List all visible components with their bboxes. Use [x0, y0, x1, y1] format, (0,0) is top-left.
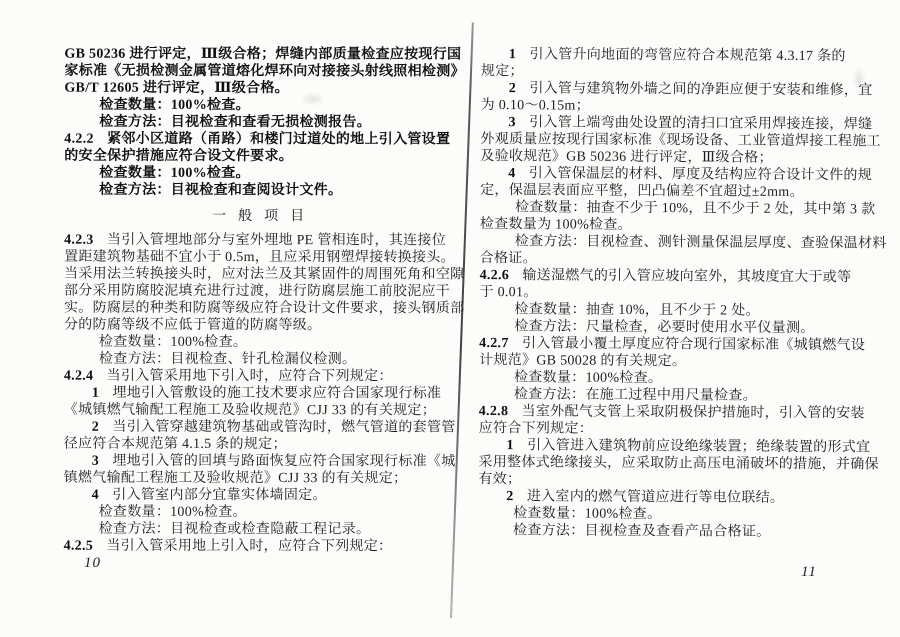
text-line: 的安全保护措施应符合设文件要求。 — [64, 148, 452, 166]
clause-number: 4.2.3 — [64, 233, 94, 248]
text-line: 检查方法：目视检查和查看无损检测报告。 — [64, 114, 452, 132]
text-line: 《城镇燃气输配工程施工及验收规范》CJJ 33 的有关规定； — [64, 402, 452, 420]
text-line: 部分采用防腐胶泥填充进行过渡，进行防腐层施工前胶泥应干 — [64, 283, 452, 301]
clause-number: 2 — [506, 489, 513, 504]
clause-number: 2 — [92, 420, 99, 435]
scan-smudge — [852, 66, 866, 92]
right-page: 1引入管升向地面的弯管应符合本规范第 4.3.17 条的规定；2引入管与建筑物外… — [478, 46, 867, 541]
text-line: 4.2.4当引入管采用地下引入时，应符合下列规定： — [64, 368, 452, 386]
text-line: 检查方法：目视检查、针孔检漏仪检测。 — [64, 351, 452, 369]
clause-number: 4 — [508, 166, 515, 181]
text-line: 检查数量：100%检查。 — [64, 334, 452, 352]
clause-number: 4 — [92, 488, 99, 503]
scan-smudge — [300, 92, 326, 106]
text-line: 检查数量：100%检查。 — [64, 504, 452, 522]
clause-number: 4.2.4 — [64, 369, 94, 384]
clause-number: 3 — [92, 454, 99, 469]
page-number-left: 10 — [84, 555, 101, 572]
text-line: 4.2.2紧邻小区道路（甬路）和楼门过道处的地上引入管设置 — [64, 131, 452, 149]
text-line: 家标准《无损检测金属管道熔化焊环向对接接头射线照相检测》 — [64, 63, 452, 81]
text-line: 镇燃气输配工程施工及验收规范》CJJ 33 的有关规定； — [64, 470, 452, 488]
page-gutter-divider-line — [450, 22, 473, 618]
text-line: 检查方法：目视检查或检查隐蔽工程记录。 — [64, 521, 452, 539]
text-line: 检查方法：目视检查及查看产品合格证。 — [478, 522, 864, 541]
clause-number: 4.2.2 — [64, 132, 94, 147]
text-line: 1埋地引入管敷设的施工技术要求应符合国家现行标准 — [64, 385, 452, 403]
clause-number: 4.2.6 — [480, 268, 510, 283]
text-line: 4.2.3当引入管埋地部分与室外埋地 PE 管相连时，其连接位 — [64, 232, 452, 250]
text-line: 采用整体式绝缘接头，应采取防止高压电涌破坏的措施，并确保 — [478, 454, 864, 473]
clause-number: 4.2.8 — [479, 404, 509, 419]
left-page-text-block: GB 50236 进行评定，Ⅲ级合格；焊缝内部质量检查应按现行国家标准《无损检测… — [64, 46, 453, 556]
right-page-text-block: 1引入管升向地面的弯管应符合本规范第 4.3.17 条的规定；2引入管与建筑物外… — [478, 46, 867, 541]
text-line: 实。防腐层的种类和防腐等级应符合设计文件要求，接头钢质部 — [64, 300, 452, 318]
text-line: 3埋地引入管的回填与路面恢复应符合国家现行标准《城 — [64, 453, 452, 471]
clause-number: 1 — [509, 47, 516, 62]
text-line: 检查数量：100%检查。 — [64, 165, 452, 183]
text-line: 2当引入管穿越建筑物基础或管沟时，燃气管道的套管管 — [64, 419, 452, 437]
clause-number: 4.2.7 — [479, 336, 509, 351]
text-line: 检查数量：100%检查。 — [64, 97, 452, 115]
text-line: 4引入管室内部分宜靠实体墙固定。 — [64, 487, 452, 505]
clause-number: 4.2.5 — [64, 539, 94, 554]
text-line: 检查方法：目视检查、测针测量保温层厚度、查验保温材料 — [480, 233, 866, 252]
left-page: GB 50236 进行评定，Ⅲ级合格；焊缝内部质量检查应按现行国家标准《无损检测… — [64, 46, 453, 556]
text-line: GB 50236 进行评定，Ⅲ级合格；焊缝内部质量检查应按现行国 — [64, 46, 452, 64]
text-line: 检查方法：目视检查和查阅设计文件。 — [64, 182, 452, 200]
clause-number: 1 — [507, 438, 514, 453]
clause-number: 2 — [509, 81, 516, 96]
text-line: 4.2.5当引入管采用地上引入时，应符合下列规定： — [64, 538, 452, 556]
text-line: GB/T 12605 进行评定，Ⅲ级合格。 — [64, 80, 452, 98]
text-line: 当采用法兰转换接头时，应对法兰及其紧固件的周围死角和空隙 — [64, 266, 452, 284]
scanned-standard-spread: { "colors": { "paper": "#fcfcfa", "ink":… — [0, 0, 900, 637]
text-line: 1引入管升向地面的弯管应符合本规范第 4.3.17 条的 — [481, 46, 867, 65]
text-line: 分的防腐等级不应低于管道的防腐等级。 — [64, 317, 452, 335]
clause-number: 1 — [92, 386, 99, 401]
section-heading: 一般项目 — [64, 208, 452, 226]
text-line: 置距建筑物基础不宜小于 0.5m，且应采用钢塑焊接转换接头。 — [64, 249, 452, 267]
text-line: 径应符合本规范第 4.1.5 条的规定； — [64, 436, 452, 454]
page-number-right: 11 — [801, 564, 817, 581]
clause-number: 3 — [508, 115, 515, 130]
